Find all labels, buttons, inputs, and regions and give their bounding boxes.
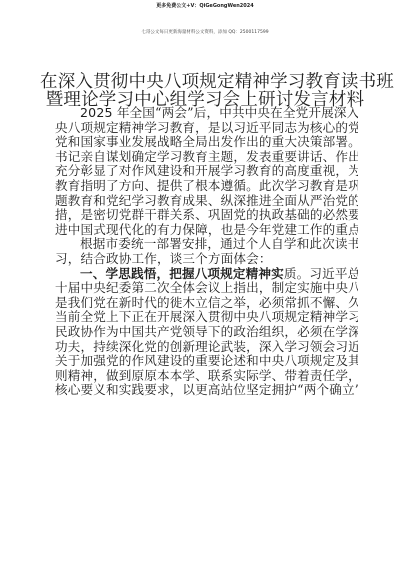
document-body: 2025 年全国“两会”后，中共中央在全党开展深入贯彻中 央八项规定精神学习教育…	[55, 106, 358, 398]
body-line: 则精神，做到原原本本学、联系实际学、带着责任学，深刻把握	[55, 369, 358, 384]
body-line: 十届中央纪委第二次全体会议上指出，制定实施中央八项规定，	[55, 281, 358, 296]
body-line: 措，是密切党群干群关系、巩固党的执政基础的必然要求，是推	[55, 208, 358, 223]
header-contact-line: 七哥公文每日更新海量材料公文资料，添加 QQ：2500117599	[0, 30, 410, 36]
body-line: 根据市委统一部署安排，通过个人自学和此次读书班集中学	[55, 237, 358, 252]
body-line: 习，结合政协工作，谈三个方面体会：	[55, 252, 358, 267]
body-line: 教育指明了方向、提供了根本遵循。此次学习教育是巩固深化主	[55, 179, 358, 194]
year-text: 2025	[80, 106, 113, 120]
header-promo-line: 更多免费公文+V：QiGeGongWen2024	[0, 3, 410, 10]
body-line: 党和国家事业发展战略全局出发作出的重大决策部署。习近平总	[55, 135, 358, 150]
body-line: 民政协作为中国共产党领导下的政治组织，必须在学深悟透上下	[55, 325, 358, 340]
page-title: 在深入贯彻中央八项规定精神学习教育读书班 暨理论学习中心组学习会上研讨发言材料	[40, 73, 370, 109]
body-line: 进中国式现代化的有力保障，也是今年党建工作的重点任务。	[55, 223, 358, 238]
section-heading: 一、学思践悟，把握八项规定精神实	[80, 267, 284, 281]
section-heading-line: 一、学思践悟，把握八项规定精神实质。习近平总书记在二	[55, 267, 358, 282]
body-line: 关于加强党的作风建设的重要论述和中央八项规定及其实施细	[55, 354, 358, 369]
body-line: 2025 年全国“两会”后，中共中央在全党开展深入贯彻中	[55, 106, 358, 121]
body-line: 是我们党在新时代的徙木立信之举，必须常抓不懈、久久为功。	[55, 296, 358, 311]
body-line: 书记亲自谋划确定学习教育主题，发表重要讲话、作出重要指示，	[55, 150, 358, 165]
title-line-1: 在深入贯彻中央八项规定精神学习教育读书班	[40, 73, 370, 91]
body-line: 当前全党上下正在开展深入贯彻中央八项规定精神学习教育，人	[55, 310, 358, 325]
body-line: 央八项规定精神学习教育，是以习近平同志为核心的党中央，从	[55, 121, 358, 136]
body-line: 功夫，持续深化党的创新理论武装，深入学习领会习近平总书记	[55, 340, 358, 355]
body-line: 题教育和党纪学习教育成果、纵深推进全面从严治党的重要举	[55, 194, 358, 209]
body-line: 充分彰显了对作风建设和开展学习教育的高度重视，为开展学习	[55, 164, 358, 179]
body-line: 核心要义和实践要求，以更高站位坚定拥护“两个确立”、坚决	[55, 383, 358, 398]
